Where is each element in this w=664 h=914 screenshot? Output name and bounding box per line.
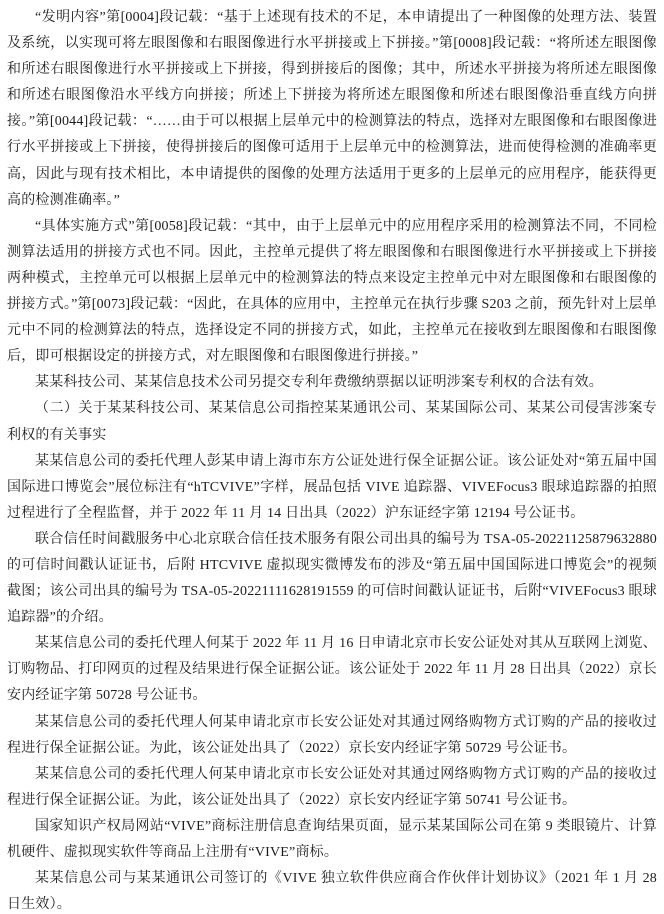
paragraph-shanghai-notarization: 某某信息公司的委托代理人彭某申请上海市东方公证处进行保全证据公证。该公证处对“第… — [7, 449, 657, 527]
paragraph-notarization-50729: 某某信息公司的委托代理人何某申请北京市长安公证处对其通过网络购物方式订购的产品的… — [7, 710, 657, 762]
paragraph-section-heading: （二）关于某某科技公司、某某信息公司指控某某通讯公司、某某国际公司、某某公司侵害… — [7, 396, 657, 448]
paragraph-invention-content: “发明内容”第[0004]段记载：“基于上述现有技术的不足，本申请提出了一种图像… — [7, 5, 657, 214]
paragraph-trademark-query: 国家知识产权局网站“VIVE”商标注册信息查询结果页面，显示某某国际公司在第 9… — [7, 814, 657, 866]
paragraph-notarization-50741: 某某信息公司的委托代理人何某申请北京市长安公证处对其通过网络购物方式订购的产品的… — [7, 762, 657, 814]
paragraph-notarization-50728: 某某信息公司的委托代理人何某于 2022 年 11 月 16 日申请北京市长安公… — [7, 631, 657, 709]
paragraph-implementation: “具体实施方式”第[0058]段记载：“其中，由于上层单元中的应用程序采用的检测… — [7, 214, 657, 371]
document-body: { "page": { "background_color": "#ffffff… — [0, 0, 664, 914]
paragraph-patent-fee-receipt: 某某科技公司、某某信息技术公司另提交专利年费缴纳票据以证明涉案专利权的合法有效。 — [7, 370, 657, 396]
paragraph-partner-agreement: 某某信息公司与某某通讯公司签订的《VIVE 独立软件供应商合作伙伴计划协议》（2… — [7, 866, 657, 914]
document-page: “发明内容”第[0004]段记载：“基于上述现有技术的不足，本申请提出了一种图像… — [0, 0, 664, 914]
paragraph-timestamp-certificates: 联合信任时间戳服务中心北京联合信任技术服务有限公司出具的编号为 TSA-05-2… — [7, 527, 657, 631]
